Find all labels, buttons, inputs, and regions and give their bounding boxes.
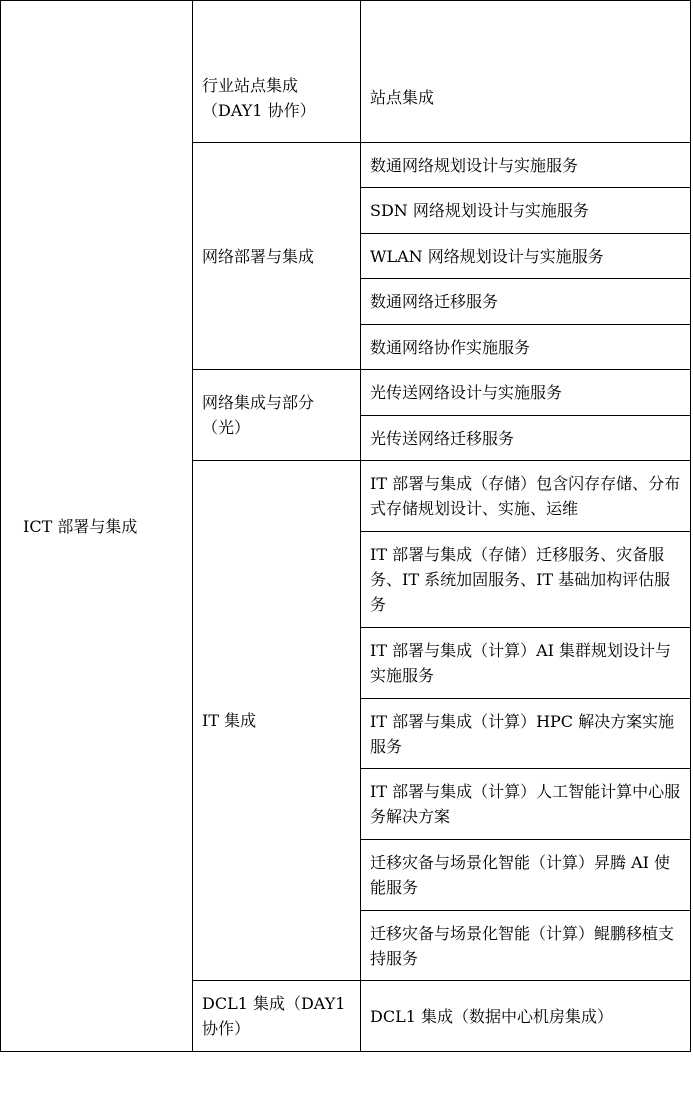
service-item: WLAN 网络规划设计与实施服务 [361, 234, 691, 279]
service-item: 迁移灾备与场景化智能（计算）昇腾 AI 使能服务 [361, 840, 691, 911]
service-item: 数通网络协作实施服务 [361, 325, 691, 370]
service-item: 迁移灾备与场景化智能（计算）鲲鹏移植支持服务 [361, 911, 691, 981]
group-label: 网络集成与部分（光） [193, 370, 361, 461]
service-item: 站点集成 [361, 1, 691, 143]
service-item: IT 部署与集成（计算）AI 集群规划设计与实施服务 [361, 628, 691, 699]
service-item: DCL1 集成（数据中心机房集成） [361, 981, 691, 1052]
group-label: 网络部署与集成 [193, 143, 361, 370]
service-item: 数通网络规划设计与实施服务 [361, 143, 691, 188]
level1-cell: ICT 部署与集成 [1, 1, 193, 1052]
service-item: IT 部署与集成（计算）人工智能计算中心服务解决方案 [361, 769, 691, 840]
group-label: IT 集成 [193, 461, 361, 981]
service-item: 光传送网络设计与实施服务 [361, 370, 691, 416]
service-item: IT 部署与集成（存储）包含闪存存储、分布式存储规划设计、实施、运维 [361, 461, 691, 532]
service-item: 数通网络迁移服务 [361, 279, 691, 325]
service-item: IT 部署与集成（计算）HPC 解决方案实施服务 [361, 699, 691, 769]
service-table: ICT 部署与集成 行业站点集成（DAY1 协作） 站点集成 网络部署与集成 数… [0, 0, 691, 1052]
service-item: 光传送网络迁移服务 [361, 416, 691, 461]
service-item: IT 部署与集成（存储）迁移服务、灾备服务、IT 系统加固服务、IT 基础加构评… [361, 532, 691, 628]
service-item: SDN 网络规划设计与实施服务 [361, 188, 691, 234]
group-label: DCL1 集成（DAY1 协作） [193, 981, 361, 1052]
group-label: 行业站点集成（DAY1 协作） [193, 1, 361, 143]
